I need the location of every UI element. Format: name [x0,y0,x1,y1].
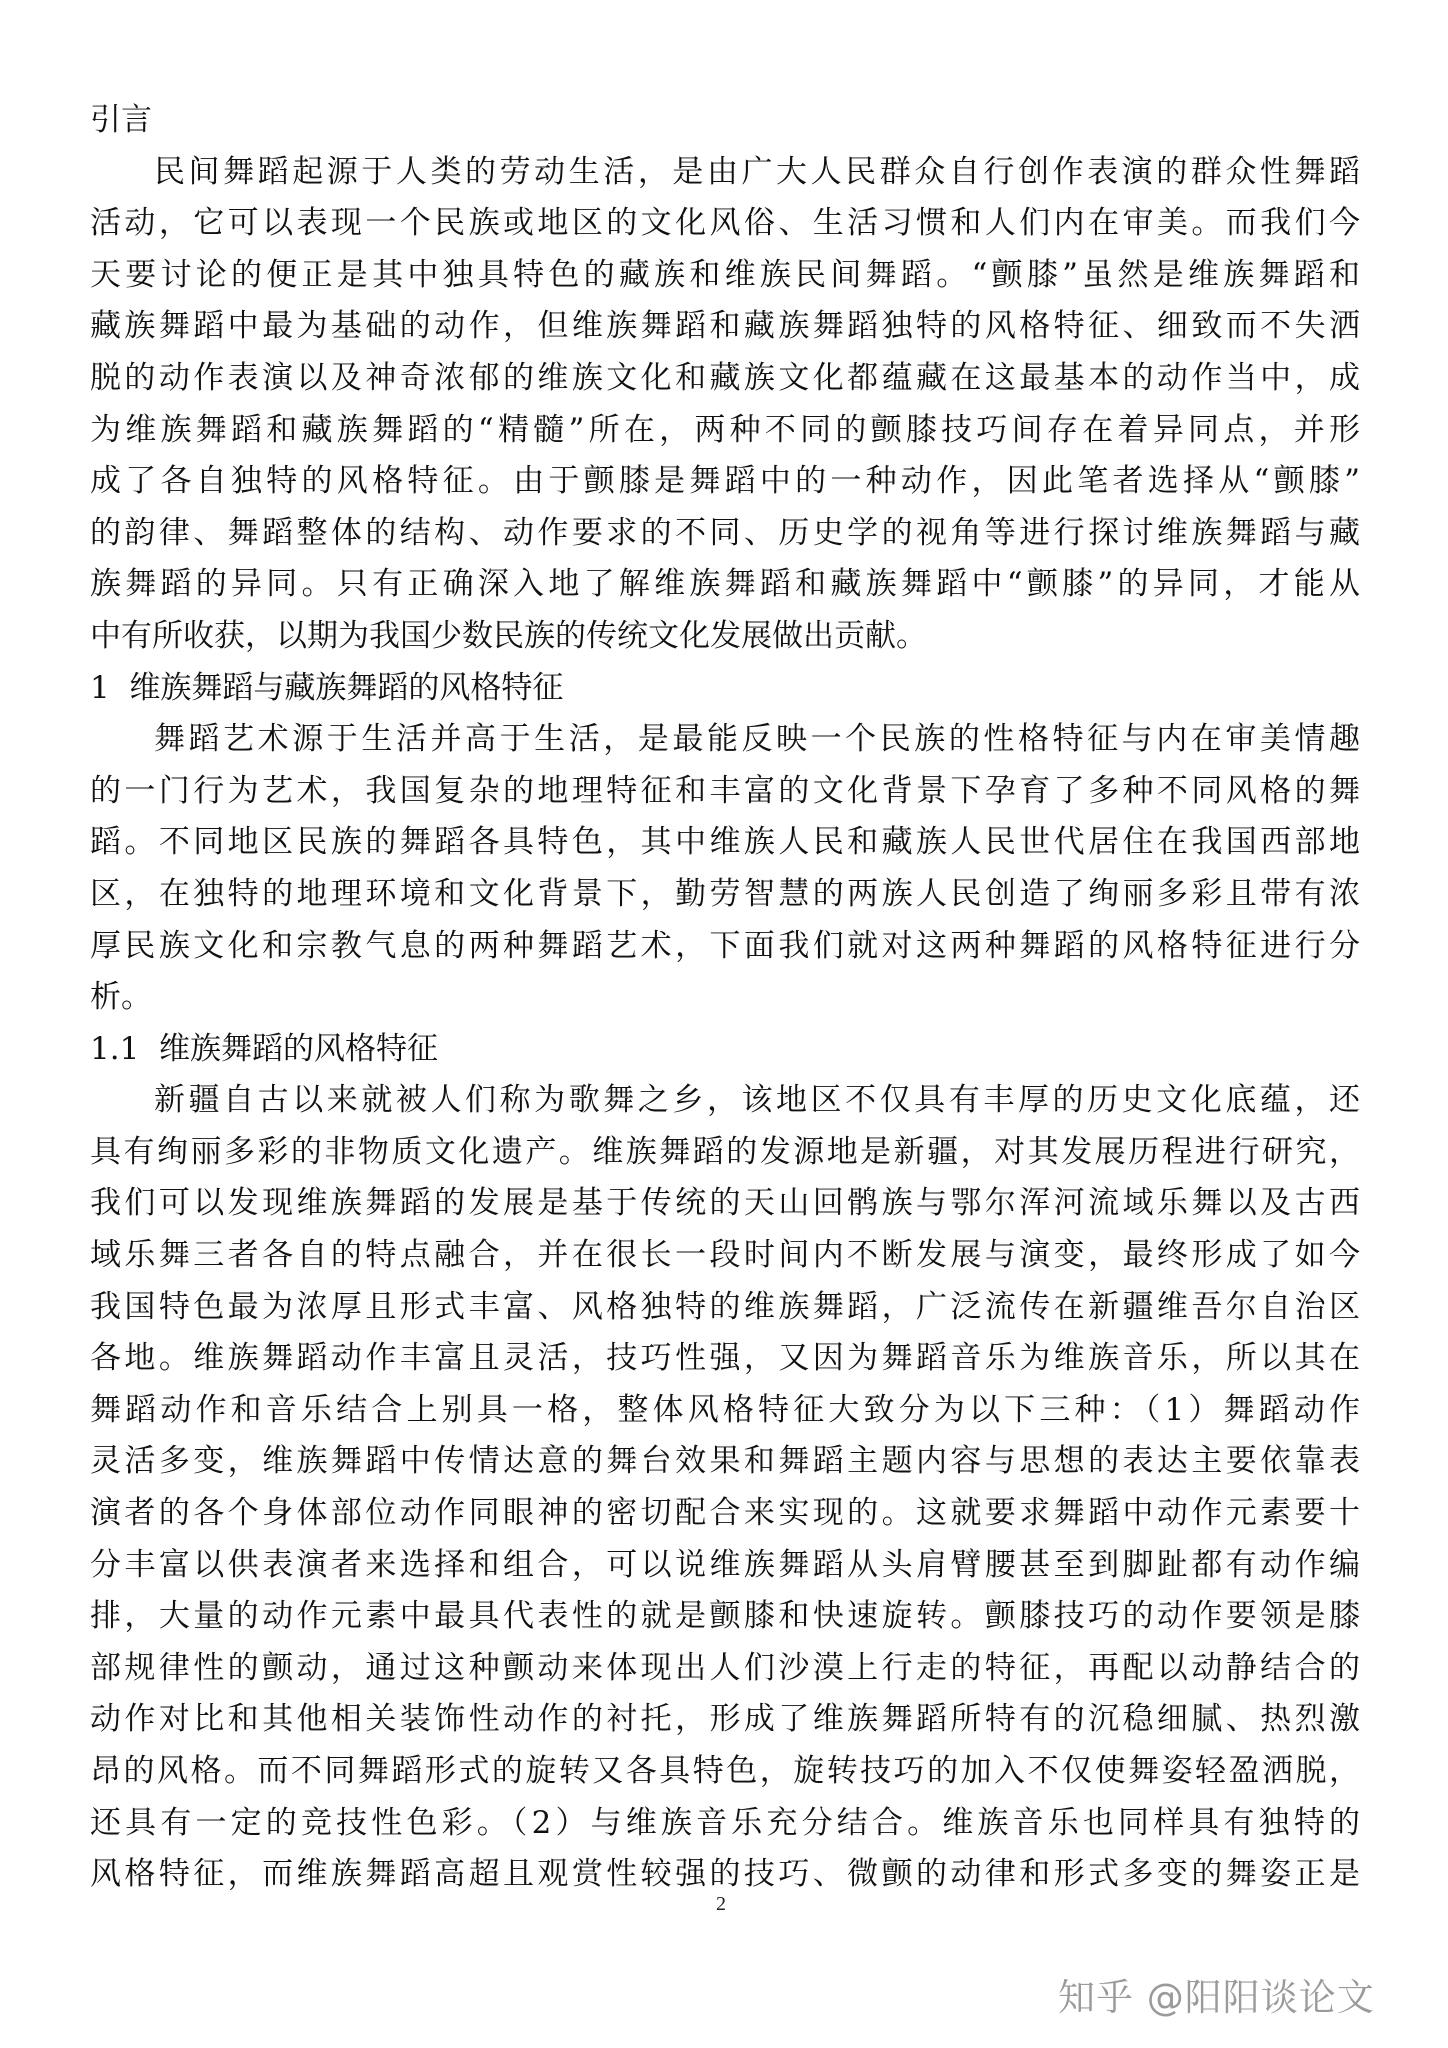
paragraph-line: 舞蹈艺术源于生活并高于生活，是最能反映一个民族的性格特征与内在审美情趣 [90,714,1360,766]
paragraph-line: 为维族舞蹈和藏族舞蹈的“精髓”所在，两种不同的颤膝技巧间存在着异同点，并形 [90,405,1360,457]
paragraph-line: 析。 [90,972,1360,1024]
paragraph-line: 动作对比和其他相关装饰性动作的衬托，形成了维族舞蹈所特有的沉稳细腻、热烈激 [90,1694,1360,1746]
document-body: 引言 民间舞蹈起源于人类的劳动生活，是由广大人民群众自行创作表演的群众性舞蹈 活… [90,95,1360,1901]
section-heading-1: 1 维族舞蹈与藏族舞蹈的风格特征 [90,663,1360,715]
page-number: 2 [716,1893,726,1916]
paragraph-uyghur-dance: 新疆自古以来就被人们称为歌舞之乡，该地区不仅具有丰厚的历史文化底蕴，还 具有绚丽… [90,1075,1360,1901]
paragraph-line: 的韵律、舞蹈整体的结构、动作要求的不同、历史学的视角等进行探讨维族舞蹈与藏 [90,508,1360,560]
paragraph-line: 蹈。不同地区民族的舞蹈各具特色，其中维族人民和藏族人民世代居住在我国西部地 [90,817,1360,869]
paragraph-line: 我们可以发现维族舞蹈的发展是基于传统的天山回鹘族与鄂尔浑河流域乐舞以及古西 [90,1178,1360,1230]
paragraph-line: 昂的风格。而不同舞蹈形式的旋转又各具特色，旋转技巧的加入不仅使舞姿轻盈洒脱， [90,1746,1360,1798]
paragraph-line: 的一门行为艺术，我国复杂的地理特征和丰富的文化背景下孕育了多种不同风格的舞 [90,766,1360,818]
paragraph-line: 厚民族文化和宗教气息的两种舞蹈艺术，下面我们就对这两种舞蹈的风格特征进行分 [90,921,1360,973]
paragraph-line: 族舞蹈的异同。只有正确深入地了解维族舞蹈和藏族舞蹈中“颤膝”的异同，才能从 [90,559,1360,611]
paragraph-line: 民间舞蹈起源于人类的劳动生活，是由广大人民群众自行创作表演的群众性舞蹈 [90,147,1360,199]
paragraph-line: 区，在独特的地理环境和文化背景下，勤劳智慧的两族人民创造了绚丽多彩且带有浓 [90,869,1360,921]
paragraph-line: 脱的动作表演以及神奇浓郁的维族文化和藏族文化都蕴藏在这最基本的动作当中，成 [90,353,1360,405]
paragraph-line: 中有所收获，以期为我国少数民族的传统文化发展做出贡献。 [90,611,1360,663]
paragraph-line: 我国特色最为浓厚且形式丰富、风格独特的维族舞蹈，广泛流传在新疆维吾尔自治区 [90,1282,1360,1334]
paragraph-line: 排，大量的动作元素中最具代表性的就是颤膝和快速旋转。颤膝技巧的动作要领是膝 [90,1591,1360,1643]
paragraph-line: 舞蹈动作和音乐结合上别具一格，整体风格特征大致分为以下三种：（1）舞蹈动作 [90,1385,1360,1437]
paragraph-introduction: 民间舞蹈起源于人类的劳动生活，是由广大人民群众自行创作表演的群众性舞蹈 活动，它… [90,147,1360,663]
paragraph-line: 还具有一定的竞技性色彩。（2）与维族音乐充分结合。维族音乐也同样具有独特的 [90,1798,1360,1850]
section-heading-1-1: 1.1 维族舞蹈的风格特征 [90,1024,1360,1076]
paragraph-line: 部规律性的颤动，通过这种颤动来体现出人们沙漠上行走的特征，再配以动静结合的 [90,1643,1360,1695]
paragraph-line: 演者的各个身体部位动作同眼神的密切配合来实现的。这就要求舞蹈中动作元素要十 [90,1488,1360,1540]
paragraph-line: 藏族舞蹈中最为基础的动作，但维族舞蹈和藏族舞蹈独特的风格特征、细致而不失洒 [90,301,1360,353]
paragraph-line: 各地。维族舞蹈动作丰富且灵活，技巧性强，又因为舞蹈音乐为维族音乐，所以其在 [90,1333,1360,1385]
section-heading-introduction: 引言 [90,95,1360,147]
paragraph-line: 分丰富以供表演者来选择和组合，可以说维族舞蹈从头肩臂腰甚至到脚趾都有动作编 [90,1540,1360,1592]
paragraph-line: 成了各自独特的风格特征。由于颤膝是舞蹈中的一种动作，因此笔者选择从“颤膝” [90,456,1360,508]
paragraph-line: 活动，它可以表现一个民族或地区的文化风俗、生活习惯和人们内在审美。而我们今 [90,198,1360,250]
paragraph-line: 灵活多变，维族舞蹈中传情达意的舞台效果和舞蹈主题内容与思想的表达主要依靠表 [90,1436,1360,1488]
paragraph-style-overview: 舞蹈艺术源于生活并高于生活，是最能反映一个民族的性格特征与内在审美情趣 的一门行… [90,714,1360,1024]
document-page: 引言 民间舞蹈起源于人类的劳动生活，是由广大人民群众自行创作表演的群众性舞蹈 活… [0,0,1448,2048]
paragraph-line: 具有绚丽多彩的非物质文化遗产。维族舞蹈的发源地是新疆，对其发展历程进行研究， [90,1127,1360,1179]
paragraph-line: 天要讨论的便正是其中独具特色的藏族和维族民间舞蹈。“颤膝”虽然是维族舞蹈和 [90,250,1360,302]
paragraph-line: 新疆自古以来就被人们称为歌舞之乡，该地区不仅具有丰厚的历史文化底蕴，还 [90,1075,1360,1127]
watermark: 知乎 @阳阳谈论文 [1058,1967,1375,2021]
paragraph-line: 域乐舞三者各自的特点融合，并在很长一段时间内不断发展与演变，最终形成了如今 [90,1230,1360,1282]
